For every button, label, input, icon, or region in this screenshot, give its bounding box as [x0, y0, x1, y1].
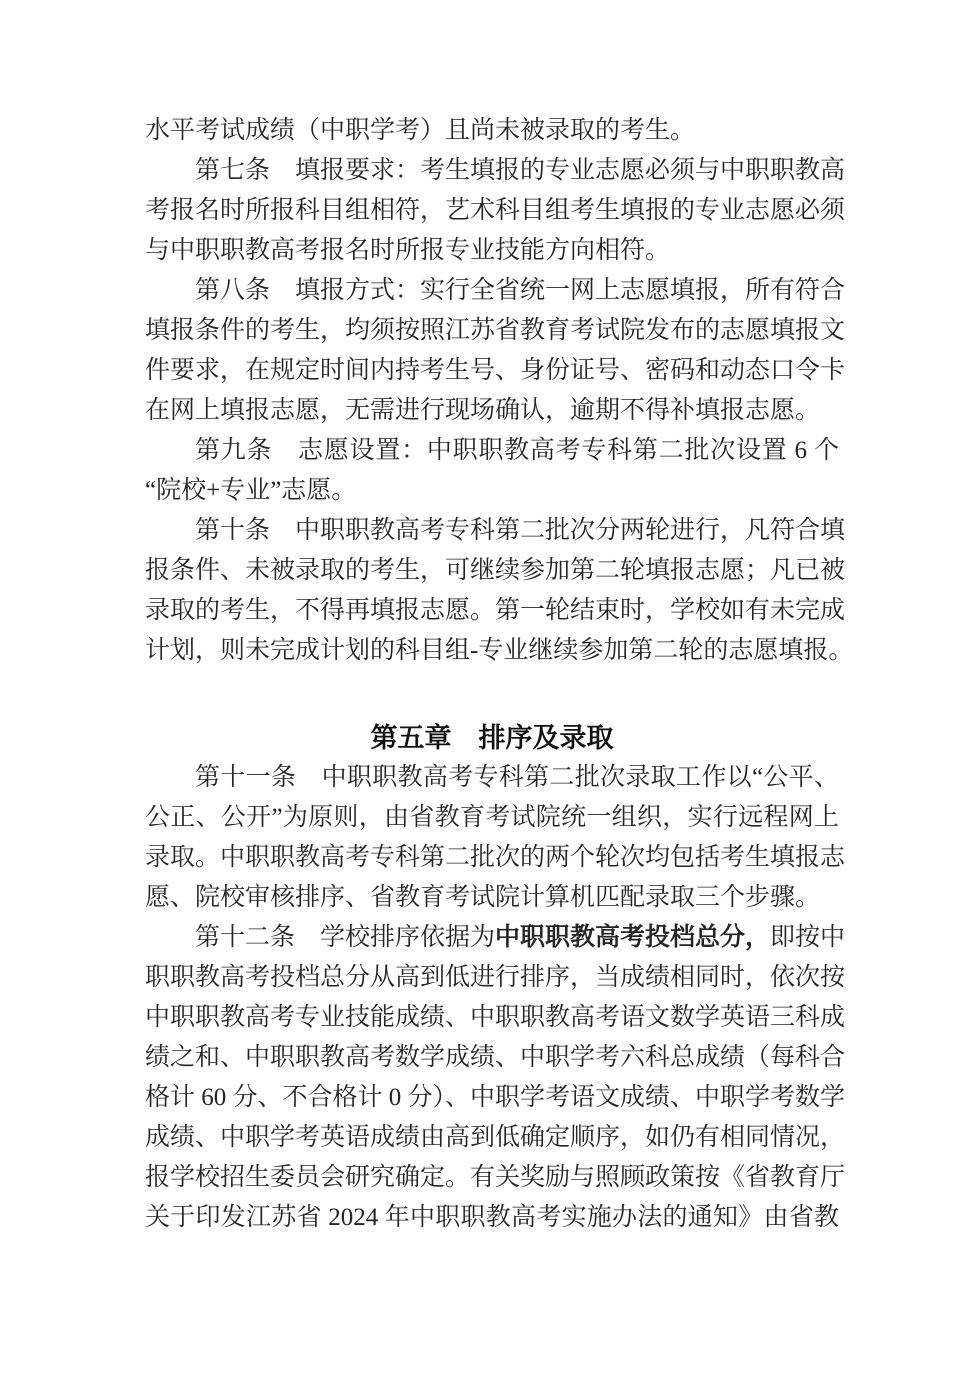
bold-emphasis-text: 中职职教高考投档总分，	[495, 924, 770, 951]
body-line: 件要求，在规定时间内持考生号、身份证号、密码和动态口令卡	[145, 351, 839, 391]
body-line: 中职职教高考专业技能成绩、中职职教高考语文数学英语三科成	[145, 998, 839, 1038]
document-page: 水平考试成绩（中职学考）且尚未被录取的考生。 第七条 填报要求：考生填报的专业志…	[0, 0, 971, 1380]
article12-lead-text: 第十二条 学校排序依据为	[195, 924, 495, 951]
body-line: 报条件、未被录取的考生，可继续参加第二轮填报志愿；凡已被	[145, 551, 839, 591]
body-line: 绩之和、中职职教高考数学成绩、中职学考六科总成绩（每科合	[145, 1038, 839, 1078]
article12-tail-text: 即按中	[770, 924, 845, 951]
body-line: 录取。中职职教高考专科第二批次的两个轮次均包括考生填报志	[145, 838, 839, 878]
body-line: 水平考试成绩（中职学考）且尚未被录取的考生。	[145, 111, 839, 151]
body-line-article7-start: 第七条 填报要求：考生填报的专业志愿必须与中职职教高	[145, 151, 839, 191]
body-line: 与中职职教高考报名时所报专业技能方向相符。	[145, 231, 839, 271]
body-line-article8-start: 第八条 填报方式：实行全省统一网上志愿填报，所有符合	[145, 271, 839, 311]
body-line: 关于印发江苏省 2024 年中职职教高考实施办法的通知》由省教	[145, 1198, 839, 1238]
body-line: 填报条件的考生，均须按照江苏省教育考试院发布的志愿填报文	[145, 311, 839, 351]
body-line: 职职教高考投档总分从高到低进行排序，当成绩相同时，依次按	[145, 958, 839, 998]
chapter-heading: 第五章 排序及录取	[145, 718, 839, 758]
body-line: 在网上填报志愿，无需进行现场确认，逾期不得补填报志愿。	[145, 391, 839, 431]
body-line: 愿、院校审核排序、省教育考试院计算机匹配录取三个步骤。	[145, 878, 839, 918]
body-line: 公正、公开”为原则，由省教育考试院统一组织，实行远程网上	[145, 798, 839, 838]
body-line: 计划，则未完成计划的科目组-专业继续参加第二轮的志愿填报。	[145, 631, 839, 671]
body-line-article9-start: 第九条 志愿设置：中职职教高考专科第二批次设置 6 个	[145, 431, 839, 471]
body-line-article12-start: 第十二条 学校排序依据为中职职教高考投档总分，即按中	[145, 918, 839, 958]
body-line-article11-start: 第十一条 中职职教高考专科第二批次录取工作以“公平、	[145, 758, 839, 798]
text-block: 水平考试成绩（中职学考）且尚未被录取的考生。 第七条 填报要求：考生填报的专业志…	[145, 111, 839, 1238]
body-line: 报学校招生委员会研究确定。有关奖励与照顾政策按《省教育厅	[145, 1158, 839, 1198]
body-line: 录取的考生，不得再填报志愿。第一轮结束时，学校如有未完成	[145, 591, 839, 631]
body-line: 格计 60 分、不合格计 0 分）、中职学考语文成绩、中职学考数学	[145, 1078, 839, 1118]
body-line-article10-start: 第十条 中职职教高考专科第二批次分两轮进行，凡符合填	[145, 511, 839, 551]
body-line: 考报名时所报科目组相符，艺术科目组考生填报的专业志愿必须	[145, 191, 839, 231]
body-line: 成绩、中职学考英语成绩由高到低确定顺序，如仍有相同情况，	[145, 1118, 839, 1158]
body-line: “院校+专业”志愿。	[145, 471, 839, 511]
